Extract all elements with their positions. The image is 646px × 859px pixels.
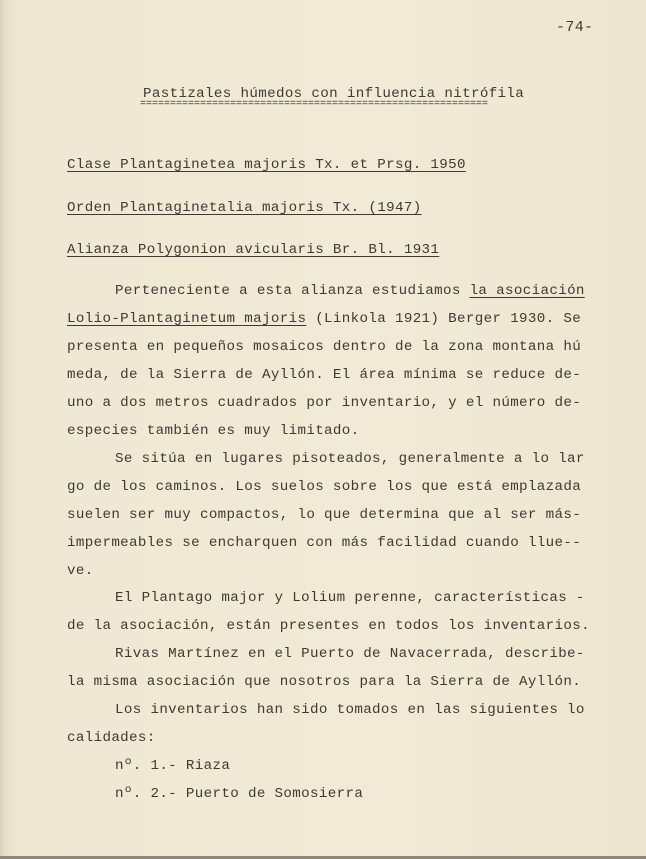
paragraph-line: impermeables se encharquen con más facil… [67, 535, 581, 551]
clase-heading: Clase Plantaginetea majoris Tx. et Prsg.… [67, 157, 466, 173]
paragraph-line: go de los caminos. Los suelos sobre los … [67, 479, 581, 495]
paragraph-line: suelen ser muy compactos, lo que determi… [67, 507, 581, 523]
title-double-rule: ========================================… [140, 99, 488, 111]
paragraph-line: meda, de la Sierra de Ayllón. El área mí… [67, 367, 581, 383]
paragraph-line: Rivas Martínez en el Puerto de Navacerra… [115, 646, 585, 662]
paragraph-line: uno a dos metros cuadrados por inventari… [67, 395, 581, 411]
paragraph-line: de la asociación, están presentes en tod… [67, 618, 590, 634]
paragraph-line: presenta en pequeños mosaicos dentro de … [67, 339, 581, 355]
paragraph-line: calidades: [67, 730, 156, 746]
text-span: (Linkola 1921) Berger 1930. Se [306, 311, 581, 327]
locality-item: nº. 2.- Puerto de Somosierra [115, 786, 363, 802]
locality-item: nº. 1.- Riaza [115, 758, 230, 774]
paragraph-line: Perteneciente a esta alianza estudiamos … [115, 283, 585, 299]
paragraph-line: la misma asociación que nosotros para la… [67, 674, 581, 690]
text-span: Perteneciente a esta alianza estudiamos [115, 283, 470, 299]
underlined-span: la asociación [470, 283, 585, 299]
paragraph-line: especies también es muy limitado. [67, 423, 360, 439]
paragraph-line: El Plantago major y Lolium perenne, cara… [115, 590, 585, 606]
typewritten-page: -74- Pastizales húmedos con influencia n… [0, 0, 646, 859]
paragraph-line: Los inventarios han sido tomados en las … [115, 702, 585, 718]
paragraph-line: Lolio-Plantaginetum majoris (Linkola 192… [67, 311, 581, 327]
alianza-heading: Alianza Polygonion avicularis Br. Bl. 19… [67, 242, 439, 258]
page-number: -74- [556, 20, 593, 36]
association-name: Lolio-Plantaginetum majoris [67, 311, 306, 327]
paragraph-line: Se sitúa en lugares pisoteados, generalm… [115, 451, 585, 467]
orden-heading: Orden Plantaginetalia majoris Tx. (1947) [67, 200, 422, 216]
paragraph-line: ve. [67, 563, 94, 579]
